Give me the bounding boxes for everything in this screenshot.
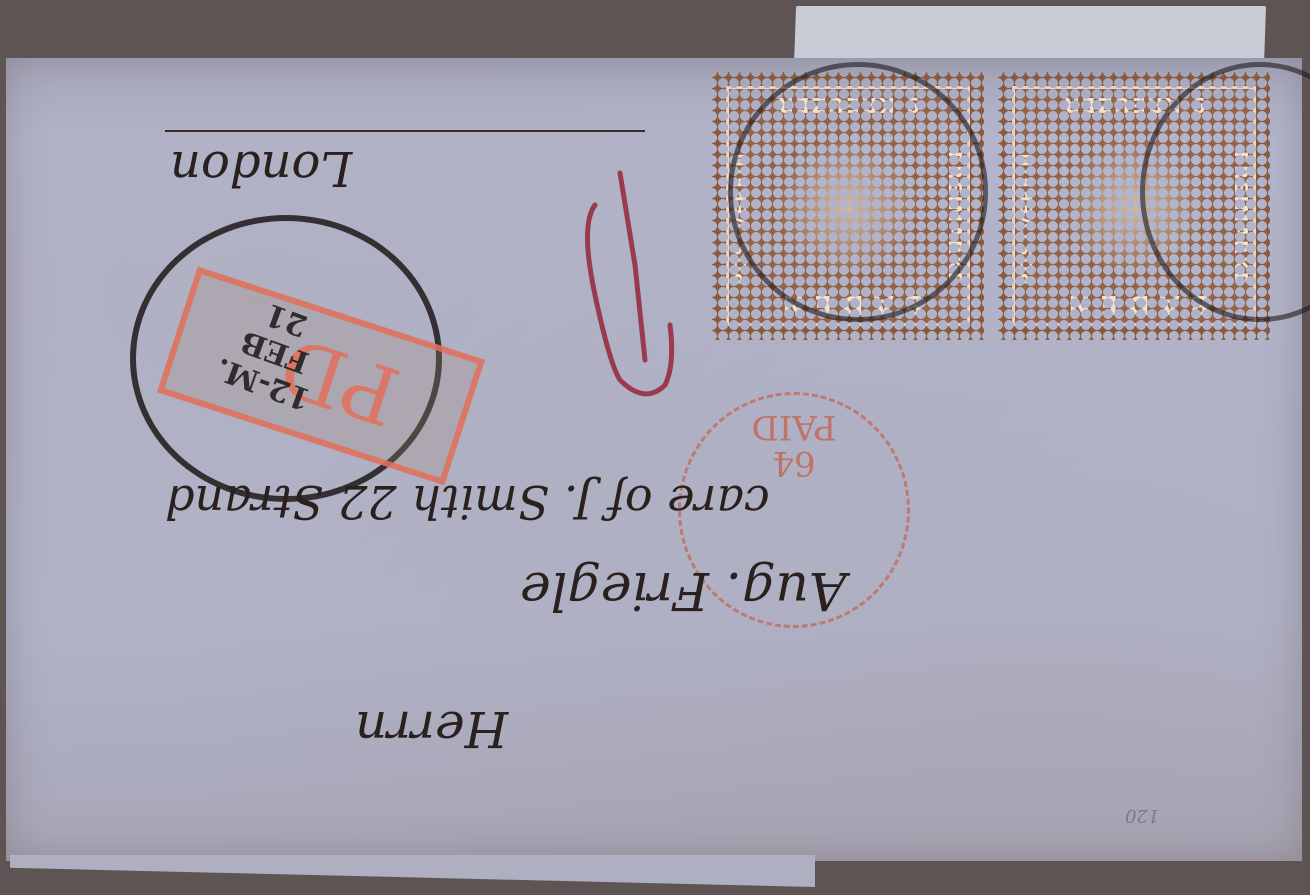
stamp-left-label: POSTVEREIN	[1017, 131, 1036, 306]
honorific-text: Herrn	[355, 700, 508, 758]
destination-text: London	[170, 140, 352, 196]
envelope-top-flap	[794, 6, 1266, 66]
envelope-bottom-flap	[10, 855, 815, 887]
address-line-2: care of J. Smith 22 Strand	[165, 475, 770, 529]
underline-rule	[165, 130, 645, 132]
pencil-note: 120	[1125, 805, 1159, 826]
paid-text: PAID	[681, 407, 907, 447]
cancel-mark	[728, 62, 988, 322]
red-crayon-mark	[575, 165, 685, 405]
address-line-1: Aug. Friegle	[520, 560, 846, 620]
